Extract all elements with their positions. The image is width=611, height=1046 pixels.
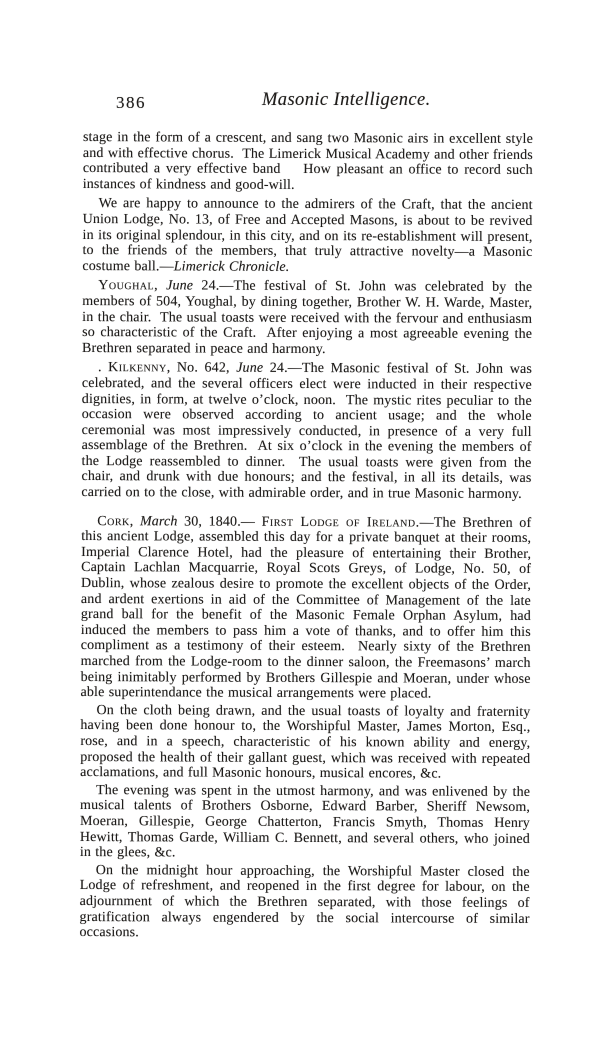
page-body: stage in the form of a crescent, and san… (79, 130, 533, 943)
paragraph: stage in the form of a crescent, and san… (83, 130, 533, 194)
paragraph: On the midnight hour approaching, the Wo… (79, 863, 529, 943)
text-segment: stage in the form of a crescent, and san… (83, 130, 533, 193)
text-segment: June (236, 361, 263, 376)
text-segment: 30, 1840.— (177, 514, 261, 529)
text-segment: 24.—The Masonic festival of St. John was… (81, 361, 532, 502)
text-segment: Kilkenny (108, 360, 167, 375)
text-segment: First Lodge of Ireland. (262, 514, 420, 530)
paragraph: . Kilkenny, No. 642, June 24.—The Masoni… (81, 360, 532, 502)
text-segment: , No. 642, (167, 361, 237, 376)
page-number: 386 (116, 93, 146, 113)
paragraph: Youghal, June 24.—The festival of St. Jo… (82, 278, 532, 358)
scanned-page: 386 Masonic Intelligence. stage in the f… (0, 0, 611, 1046)
text-segment: , (130, 514, 140, 529)
text-segment: Limerick Chronicle. (174, 259, 290, 275)
text-segment: On the midnight hour approaching, the Wo… (79, 863, 529, 941)
text-segment: Cork (97, 514, 130, 529)
text-segment: We are happy to announce to the admirers… (82, 196, 532, 274)
text-segment: On the cloth being drawn, and the usual … (80, 703, 530, 782)
paragraph: On the cloth being drawn, and the usual … (80, 703, 530, 783)
text-segment: —The Brethren of this ancient Lodge, ass… (81, 515, 532, 702)
paragraph: We are happy to announce to the admirers… (82, 196, 532, 276)
text-segment: The evening was spent in the utmost harm… (80, 783, 530, 861)
text-segment: , (154, 279, 166, 294)
paragraph: Cork, March 30, 1840.— First Lodge of Ir… (81, 514, 532, 703)
text-segment: . (98, 360, 108, 375)
paragraph: The evening was spent in the utmost harm… (80, 783, 530, 863)
text-segment: June (166, 279, 193, 294)
text-segment: March (140, 514, 178, 529)
running-head-title: Masonic Intelligence. (262, 90, 431, 111)
text-segment: Youghal (98, 278, 154, 293)
